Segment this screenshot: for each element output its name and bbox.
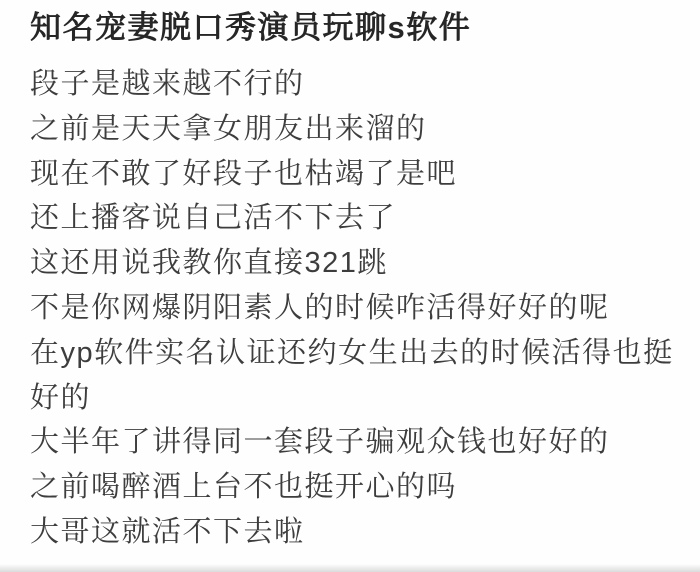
post-body: 段子是越来越不行的 之前是天天拿女朋友出来溜的 现在不敢了好段子也枯竭了是吧 还… (30, 62, 674, 555)
post-line: 之前喝醉酒上台不也挺开心的吗 (30, 465, 674, 510)
post-line: 之前是天天拿女朋友出来溜的 (30, 107, 674, 152)
post-line: 段子是越来越不行的 (30, 62, 674, 107)
post-line: 大哥这就活不下去啦 (30, 510, 674, 555)
post-title: 知名宠妻脱口秀演员玩聊s软件 (30, 6, 674, 50)
post-line: 在yp软件实名认证还约女生出去的时候活得也挺 (30, 331, 674, 376)
post-line: 现在不敢了好段子也枯竭了是吧 (30, 152, 674, 197)
post-line: 还上播客说自己活不下去了 (30, 196, 674, 241)
post-line: 不是你网爆阴阳素人的时候咋活得好好的呢 (30, 286, 674, 331)
post-line: 这还用说我教你直接321跳 (30, 241, 674, 286)
bottom-edge-shadow (0, 564, 700, 572)
post-line: 好的 (30, 376, 674, 421)
text-post: 知名宠妻脱口秀演员玩聊s软件 段子是越来越不行的 之前是天天拿女朋友出来溜的 现… (0, 0, 700, 555)
post-line: 大半年了讲得同一套段子骗观众钱也好好的 (30, 420, 674, 465)
